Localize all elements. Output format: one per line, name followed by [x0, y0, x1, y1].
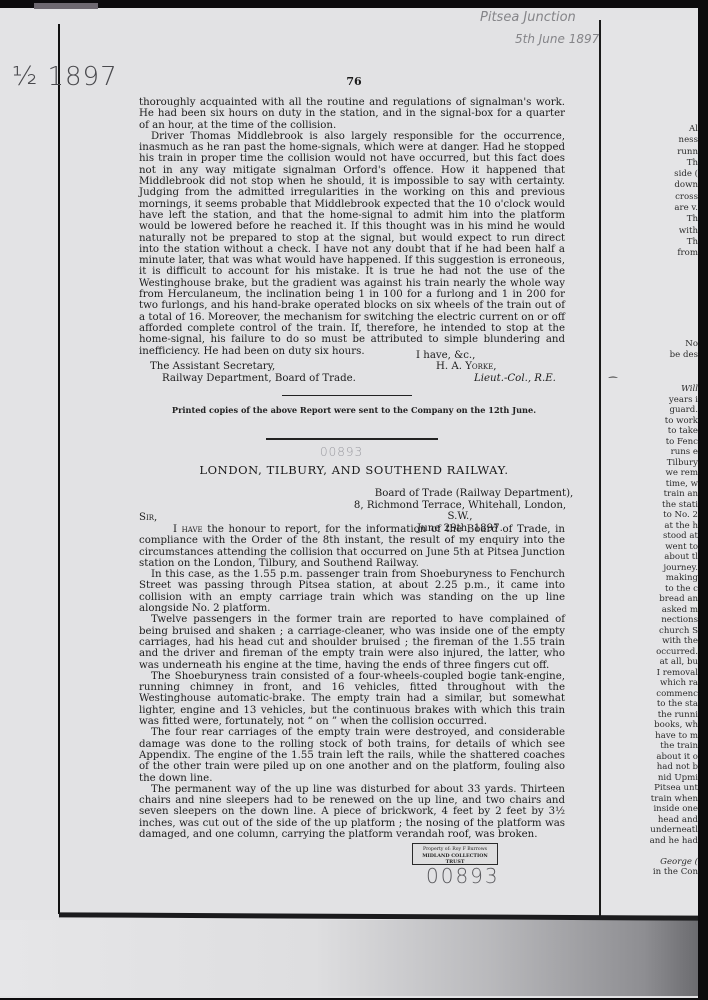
fragment-line: had not b	[604, 762, 698, 773]
fragment-line: down	[604, 180, 698, 191]
fragment-line: church S	[604, 626, 698, 637]
handwritten-location: Pitsea Junction	[480, 10, 576, 25]
paragraph: Driver Thomas Middlebrook is also largel…	[139, 131, 565, 357]
fragment-line: asked m	[604, 605, 698, 616]
fragment-line: time, w	[604, 479, 698, 490]
fragment-line: train an	[604, 489, 698, 500]
fragment-line: Pitsea unt	[604, 783, 698, 794]
fragment-line	[604, 846, 698, 857]
paragraph: Twelve passengers in the former train ar…	[139, 614, 565, 670]
fragment-line: at the h	[604, 521, 698, 532]
addressee-line: Railway Department, Board of Trade.	[162, 373, 356, 385]
fragment-line: about tl	[604, 552, 698, 563]
fragment-line: head and	[604, 815, 698, 826]
fragment-line: at all, bu	[604, 657, 698, 668]
paragraph: The permanent way of the up line was dis…	[139, 784, 565, 840]
fragment-line: are v.	[604, 203, 698, 214]
adjacent-page-text-top: AlnessrunnThside (downcrossare v.ThwithT…	[604, 124, 698, 260]
fragment-line: have to m	[604, 731, 698, 742]
opening-paragraph: I have the honour to report, for the inf…	[139, 524, 565, 569]
fragment-line: making	[604, 573, 698, 584]
fragment-line: bread an	[604, 594, 698, 605]
fragment-line: journey.	[604, 563, 698, 574]
fragment-line: runn	[604, 147, 698, 158]
new-report-body: I have the honour to report, for the inf…	[139, 524, 565, 840]
ownership-stamp: Property of: Roy F Burrows MIDLAND COLLE…	[412, 843, 498, 865]
signatory-rank: Lieut.-Col., R.E.	[474, 373, 556, 385]
printed-note: Printed copies of the above Report were …	[0, 405, 708, 415]
fragment-line: went to	[604, 542, 698, 553]
closing-line: I have, &c.,	[416, 350, 475, 362]
fragment-line: to the sta	[604, 699, 698, 710]
fragment-line: be des	[604, 350, 698, 361]
fragment-line: with	[604, 226, 698, 237]
fragment-line: I removal	[604, 668, 698, 679]
addressee-line: The Assistant Secretary,	[150, 361, 275, 373]
fragment-line: side (	[604, 169, 698, 180]
handwritten-reference: 00893	[320, 445, 363, 459]
paragraph: In this case, as the 1.55 p.m. passenger…	[139, 569, 565, 614]
fragment-line: train when	[604, 794, 698, 805]
scan-border	[698, 0, 708, 1000]
fragment-line: No	[604, 339, 698, 350]
fragment-line: ness	[604, 135, 698, 146]
handwritten-catalogue-number: 00893	[426, 864, 500, 888]
section-divider	[266, 438, 438, 440]
fragment-line: George (	[604, 857, 698, 868]
opening-text: the honour to report, for the informatio…	[139, 524, 565, 569]
fragment-line: cross	[604, 192, 698, 203]
salutation: Sir,	[139, 512, 157, 523]
fragment-line: to work	[604, 416, 698, 427]
fragment-line: Th	[604, 214, 698, 225]
fragment-line: about it o	[604, 752, 698, 763]
fragment-line: underneatl	[604, 825, 698, 836]
fragment-line: Tilbury	[604, 458, 698, 469]
fragment-line: to No. 2	[604, 510, 698, 521]
page-number: 76	[0, 75, 708, 88]
scan-shadow	[0, 920, 700, 996]
fragment-line: occurred.	[604, 647, 698, 658]
fragment-line: years i	[604, 395, 698, 406]
fragment-line: nid Upmi	[604, 773, 698, 784]
fragment-line: the train	[604, 741, 698, 752]
fragment-line: and he had	[604, 836, 698, 847]
paragraph: The four rear carriages of the empty tra…	[139, 727, 565, 783]
paragraph: The Shoeburyness train consisted of a fo…	[139, 671, 565, 727]
signatory-name: H. A. Yorke,	[436, 361, 497, 373]
handwritten-date: 5th June 1897	[515, 32, 599, 46]
fragment-line: runs e	[604, 447, 698, 458]
scan-edge-strip	[34, 3, 98, 9]
fragment-line: commenc	[604, 689, 698, 700]
paragraph: thoroughly acquainted with all the routi…	[139, 97, 565, 131]
fragment-line: Will	[604, 384, 698, 395]
fragment-line: Th	[604, 237, 698, 248]
adjacent-page-text-lower: Willyears iguard.to workto taketo Fencru…	[604, 384, 698, 878]
fragment-line: to take	[604, 426, 698, 437]
fragment-line: to Fenc	[604, 437, 698, 448]
fragment-line: inside one	[604, 804, 698, 815]
fragment-line: books, wh	[604, 720, 698, 731]
fragment-line: Th	[604, 158, 698, 169]
fragment-line: to the c	[604, 584, 698, 595]
address-line: Board of Trade (Railway Department),	[340, 488, 580, 500]
fragment-line: we rem	[604, 468, 698, 479]
report-heading: LONDON, TILBURY, AND SOUTHEND RAILWAY.	[0, 463, 708, 477]
fragment-line: the runni	[604, 710, 698, 721]
divider	[282, 395, 412, 396]
fragment-line: in the Con	[604, 867, 698, 878]
previous-report-body: thoroughly acquainted with all the routi…	[139, 97, 565, 357]
fragment-line: which ra	[604, 678, 698, 689]
fragment-line: guard.	[604, 405, 698, 416]
adjacent-page-text-middle: Nobe des	[604, 339, 698, 362]
fragment-line: stood at	[604, 531, 698, 542]
fragment-line: nections	[604, 615, 698, 626]
fragment-line: the stati	[604, 500, 698, 511]
opening-words: I have	[173, 524, 203, 535]
fragment-line: with the	[604, 636, 698, 647]
address-line: 8, Richmond Terrace, Whitehall, London, …	[340, 500, 580, 523]
fragment-line: Al	[604, 124, 698, 135]
fragment-line: from	[604, 248, 698, 259]
